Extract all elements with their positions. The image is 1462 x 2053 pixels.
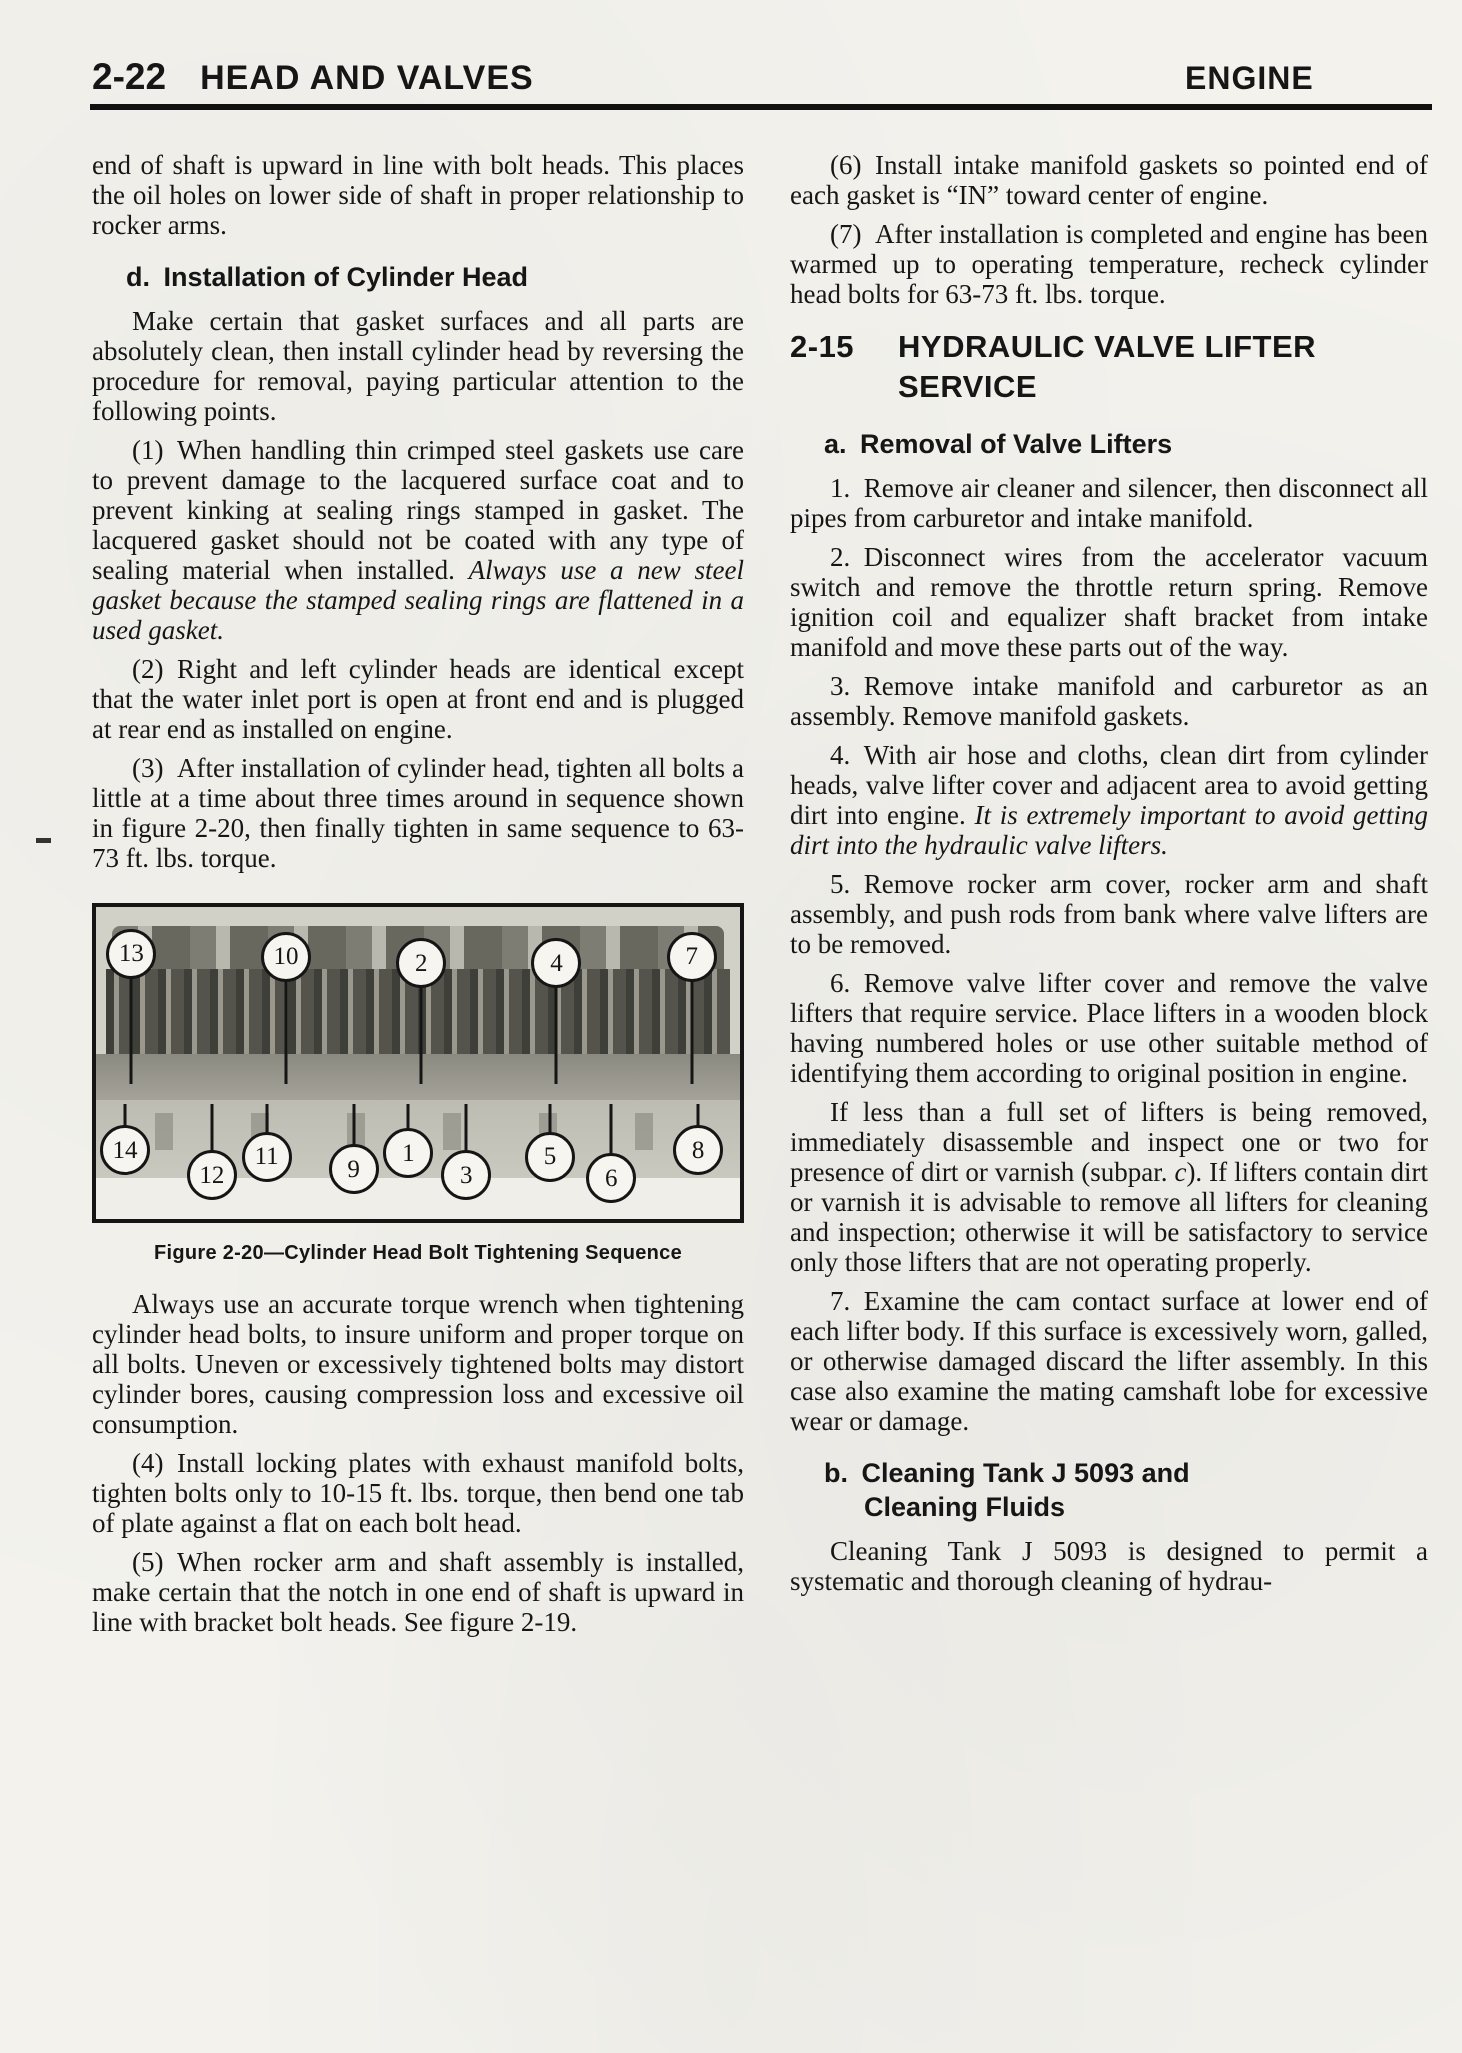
text-run: (3) After installation of cylinder head,…	[92, 753, 744, 873]
paragraph: If less than a full set of lifters is be…	[790, 1097, 1428, 1277]
figure-callout-7: 7	[667, 932, 717, 982]
section-heading: 2-15HYDRAULIC VALVE LIFTERSERVICE	[790, 327, 1428, 407]
paragraph: (5) When rocker arm and shaft assembly i…	[92, 1547, 744, 1637]
text-run: Make certain that gasket surfaces and al…	[92, 306, 744, 426]
figure-callout-13: 13	[106, 929, 156, 979]
text-run: (4) Install locking plates with exhaust …	[92, 1448, 744, 1538]
text-run: 3. Remove intake manifold and carburetor…	[790, 671, 1428, 731]
paragraph: 1. Remove air cleaner and silencer, then…	[790, 473, 1428, 533]
subsection-heading-line: a. Removal of Valve Lifters	[824, 427, 1428, 461]
text-run: 5. Remove rocker arm cover, rocker arm a…	[790, 869, 1428, 959]
callout-leader-line	[407, 1104, 410, 1132]
paragraph: 4. With air hose and cloths, clean dirt …	[790, 740, 1428, 860]
paragraph: end of shaft is upward in line with bolt…	[92, 150, 744, 240]
figure-caption: Figure 2-20—Cylinder Head Bolt Tightenin…	[92, 1241, 744, 1265]
page-number: 2-22	[92, 56, 166, 97]
subsection-heading: d. Installation of Cylinder Head	[126, 260, 744, 294]
callout-leader-line	[130, 974, 133, 1084]
figure-callout-3: 3	[441, 1150, 491, 1200]
paragraph: 3. Remove intake manifold and carburetor…	[790, 671, 1428, 731]
callout-leader-line	[210, 1104, 213, 1154]
scan-artifact-dash	[36, 838, 51, 843]
figure-callout-14: 14	[100, 1125, 150, 1175]
paragraph: (4) Install locking plates with exhaust …	[92, 1448, 744, 1538]
section-number: 2-15	[790, 327, 898, 407]
callout-leader-line	[690, 977, 693, 1084]
figure-2-20: 1310247141211913568Figure 2-20—Cylinder …	[92, 903, 744, 1265]
manual-page: 2-22HEAD AND VALVES ENGINE end of shaft …	[0, 0, 1462, 2053]
header-right-title: ENGINE	[1185, 60, 1314, 97]
paragraph: (1) When handling thin crimped steel gas…	[92, 435, 744, 645]
subsection-heading-line: b. Cleaning Tank J 5093 and	[824, 1456, 1428, 1490]
figure-callout-10: 10	[261, 932, 311, 982]
figure-frame: 1310247141211913568	[92, 903, 744, 1223]
section-title-line: HYDRAULIC VALVE LIFTER	[898, 327, 1316, 367]
header-rule	[90, 104, 1432, 110]
paragraph: Make certain that gasket surfaces and al…	[92, 306, 744, 426]
section-title: HYDRAULIC VALVE LIFTERSERVICE	[898, 327, 1316, 407]
figure-callout-12: 12	[187, 1150, 237, 1200]
header-left-title: HEAD AND VALVES	[200, 59, 534, 97]
callout-leader-line	[610, 1104, 613, 1157]
paragraph: Cleaning Tank J 5093 is designed to perm…	[790, 1536, 1428, 1596]
callout-leader-line	[420, 983, 423, 1084]
text-run: 2. Disconnect wires from the accelerator…	[790, 542, 1428, 662]
subsection-heading: a. Removal of Valve Lifters	[824, 427, 1428, 461]
figure-callout-9: 9	[329, 1144, 379, 1194]
paragraph: 2. Disconnect wires from the accelerator…	[790, 542, 1428, 662]
paragraph: (6) Install intake manifold gaskets so p…	[790, 150, 1428, 210]
head-mid-band	[96, 1054, 740, 1101]
callout-leader-line	[465, 1104, 468, 1154]
paragraph: (3) After installation of cylinder head,…	[92, 753, 744, 873]
figure-callout-11: 11	[242, 1132, 292, 1182]
subsection-heading-line: Cleaning Fluids	[864, 1490, 1428, 1524]
paragraph: Always use an accurate torque wrench whe…	[92, 1289, 744, 1439]
right-column: (6) Install intake manifold gaskets so p…	[790, 150, 1428, 1605]
text-run: (2) Right and left cylinder heads are id…	[92, 654, 744, 744]
subsection-heading-line: d. Installation of Cylinder Head	[126, 260, 744, 294]
text-run: (5) When rocker arm and shaft assembly i…	[92, 1547, 744, 1637]
callout-leader-line	[352, 1104, 355, 1148]
paragraph: (2) Right and left cylinder heads are id…	[92, 654, 744, 744]
text-run: Cleaning Tank J 5093 is designed to perm…	[790, 1536, 1428, 1596]
figure-callout-2: 2	[396, 938, 446, 988]
figure-callout-1: 1	[383, 1128, 433, 1178]
section-title-line: SERVICE	[898, 367, 1316, 407]
figure-callout-5: 5	[525, 1132, 575, 1182]
paragraph: 5. Remove rocker arm cover, rocker arm a…	[790, 869, 1428, 959]
text-run: 1. Remove air cleaner and silencer, then…	[790, 473, 1428, 533]
paragraph: 7. Examine the cam contact surface at lo…	[790, 1286, 1428, 1436]
header-left: 2-22HEAD AND VALVES	[92, 56, 534, 98]
callout-leader-line	[265, 1104, 268, 1135]
text-run: 7. Examine the cam contact surface at lo…	[790, 1286, 1428, 1436]
text-run: 6. Remove valve lifter cover and remove …	[790, 968, 1428, 1088]
text-run: end of shaft is upward in line with bolt…	[92, 150, 744, 240]
text-run: c	[1174, 1157, 1186, 1187]
paragraph: 6. Remove valve lifter cover and remove …	[790, 968, 1428, 1088]
paragraph: (7) After installation is completed and …	[790, 219, 1428, 309]
subsection-heading: b. Cleaning Tank J 5093 andCleaning Flui…	[824, 1456, 1428, 1524]
figure-callout-6: 6	[586, 1153, 636, 1203]
figure-callout-4: 4	[531, 938, 581, 988]
callout-leader-line	[549, 1104, 552, 1135]
left-column: end of shaft is upward in line with bolt…	[92, 150, 744, 1646]
callout-leader-line	[555, 983, 558, 1084]
text-run: (7) After installation is completed and …	[790, 219, 1428, 309]
text-run: Always use an accurate torque wrench whe…	[92, 1289, 744, 1439]
callout-leader-line	[284, 977, 287, 1084]
text-run: (6) Install intake manifold gaskets so p…	[790, 150, 1428, 210]
figure-callout-8: 8	[673, 1125, 723, 1175]
